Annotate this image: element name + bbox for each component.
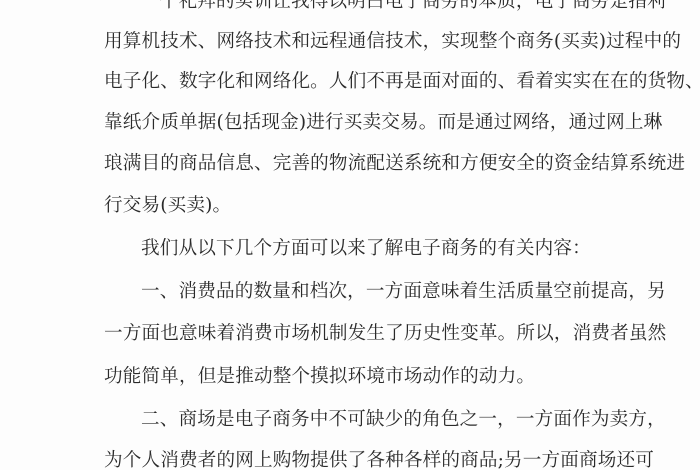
paragraph-1-line-5: 琅满目的商品信息、完善的物流配送系统和方便安全的资金结算系统进 <box>104 153 600 175</box>
paragraph-3-line-2: 一方面也意味着消费市场机制发生了历史性变革。所以，消费者虽然 <box>104 323 600 345</box>
paragraph-3-line-1: 一、消费品的数量和档次，一方面意味着生活质量空前提高，另 <box>141 281 600 303</box>
paragraph-2-line-1: 我们从以下几个方面可以来了解电子商务的有关内容： <box>141 238 600 260</box>
paragraph-3-line-3: 功能简单，但是推动整个摸拟环境市场动作的动力。 <box>104 366 600 388</box>
paragraph-1-line-2: 用算机技术、网络技术和远程通信技术，实现整个商务(买卖)过程中的 <box>104 31 600 53</box>
paragraph-4-line-2: 为个人消费者的网上购物提供了各种各样的商品;另一方面商场还可 <box>104 450 600 470</box>
paragraph-1-line-1: 一个礼拜的实训让我得以明白电子商务的本质，电子商务是指利 <box>141 0 600 13</box>
paragraph-1-line-4: 靠纸介质单据(包括现金)进行买卖交易。而是通过网络，通过网上琳 <box>104 112 600 134</box>
paragraph-1-line-6: 行交易(买卖)。 <box>104 195 600 217</box>
paragraph-4-line-1: 二、商场是电子商务中不可缺少的角色之一，一方面作为卖方， <box>141 409 600 431</box>
document-page: 一个礼拜的实训让我得以明白电子商务的本质，电子商务是指利 用算机技术、网络技术和… <box>0 0 700 470</box>
paragraph-1-line-3: 电子化、数字化和网络化。人们不再是面对面的、看着实实在在的货物、 <box>104 71 600 93</box>
